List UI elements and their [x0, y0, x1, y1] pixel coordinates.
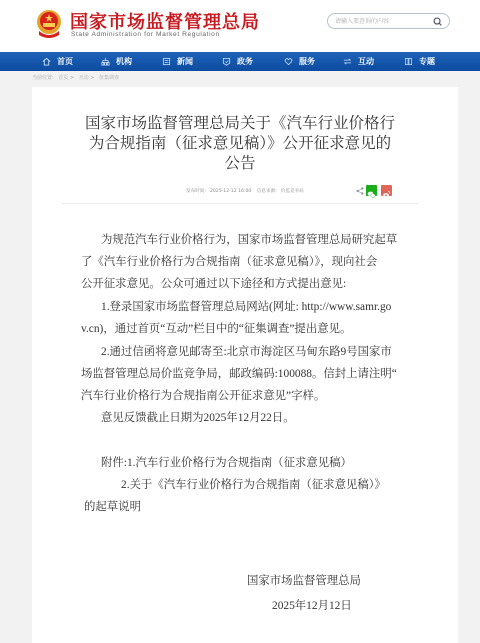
site-subtitle: State Administration for Market Regulati… [71, 31, 220, 38]
nav-label: 互动 [358, 56, 374, 67]
nav-item-news[interactable]: 新闻 [162, 52, 193, 71]
paragraph-line: 汽车行业价格行为合规指南公开征求意见”字样。 [81, 387, 407, 403]
paragraph-line[interactable]: 1.登录国家市场监督管理总局网站(网址: http://www.samr.go [101, 298, 427, 314]
breadcrumb-interaction[interactable]: 互动 > [79, 75, 95, 81]
paragraph-line[interactable]: v.cn)，通过首页“互动”栏目中的“征集调查”提出意见。 [81, 320, 407, 336]
nav-label: 政务 [237, 56, 253, 67]
wechat-share-icon[interactable] [366, 185, 377, 196]
site-header: 国家市场监督管理总局 State Administration for Mark… [0, 0, 480, 52]
org-icon [101, 57, 110, 66]
paragraph-line: 为规范汽车行业价格行为，国家市场监督管理总局研究起草 [101, 231, 427, 247]
search-input[interactable] [335, 16, 430, 27]
attachment-2-cont[interactable]: 的起草说明 [84, 498, 410, 514]
search-box [327, 13, 450, 29]
nav-label: 专题 [419, 56, 435, 67]
source-label: 信息来源: [257, 189, 277, 194]
sign-date: 2025年12月12日 [272, 597, 352, 613]
nav-label: 新闻 [177, 56, 193, 67]
weibo-share-icon[interactable] [381, 185, 392, 196]
article-meta: 发布时间:2025-12-12 16:00 信息来源:价监竞争局 [186, 188, 308, 194]
national-emblem-icon[interactable] [35, 9, 63, 39]
main-nav: 首页 机构 新闻 政务 服务 互动 专题 [0, 52, 480, 71]
source: 价监竞争局 [281, 189, 304, 194]
search-icon[interactable] [433, 17, 442, 26]
nav-item-service[interactable]: 服务 [284, 52, 315, 71]
nav-item-government[interactable]: 政务 [222, 52, 253, 71]
news-icon [162, 57, 171, 66]
nav-label: 首页 [57, 56, 73, 67]
nav-item-org[interactable]: 机构 [101, 52, 132, 71]
nav-label: 服务 [299, 56, 315, 67]
nav-item-home[interactable]: 首页 [42, 52, 73, 71]
paragraph-line: 公开征求意见。公众可通过以下途径和方式提出意见: [81, 275, 407, 291]
meta-divider [62, 203, 418, 204]
article-title: 国家市场监督管理总局关于《汽车行业价格行 为合规指南（征求意见稿）》公开征求意见… [62, 113, 418, 173]
title-line: 公告 [62, 153, 418, 173]
paragraph-line: 了《汽车行业价格行为合规指南（征求意见稿）》，现向社会 [81, 253, 407, 269]
breadcrumb-home[interactable]: 首页 > [58, 75, 74, 81]
signature: 国家市场监督管理总局 [247, 572, 361, 588]
nav-item-interaction[interactable]: 互动 [343, 52, 374, 71]
nav-label: 机构 [116, 56, 132, 67]
attachment-1[interactable]: 附件:1.汽车行业价格行为合规指南（征求意见稿） [101, 454, 427, 470]
paragraph-line: 2.通过信函将意见邮寄至:北京市海淀区马甸东路9号国家市 [101, 343, 427, 359]
government-icon [222, 57, 231, 66]
publish-time: 2025-12-12 16:00 [210, 189, 251, 194]
exchange-icon [343, 57, 352, 66]
breadcrumb: 当前位置: 首页 > 互动 > 征集调查 [32, 74, 122, 81]
title-line: 为合规指南（征求意见稿）》公开征求意见的 [62, 133, 418, 153]
paragraph-line: 场监督管理总局价监竞争局，邮政编码:100088。信封上请注明“ [81, 365, 407, 381]
heart-icon [284, 57, 293, 66]
breadcrumb-survey[interactable]: 征集调查 [99, 75, 119, 81]
deadline-line: 意见反馈截止日期为2025年12月22日。 [101, 409, 427, 425]
title-line: 国家市场监督管理总局关于《汽车行业价格行 [62, 113, 418, 133]
publish-time-label: 发布时间: [186, 189, 206, 194]
breadcrumb-prefix: 当前位置: [32, 75, 54, 81]
attachment-2[interactable]: 2.关于《汽车行业价格行为合规指南（征求意见稿）》 [121, 476, 447, 492]
share-icon[interactable] [356, 187, 364, 195]
topics-icon [404, 57, 413, 66]
nav-item-topics[interactable]: 专题 [404, 52, 435, 71]
home-icon [42, 57, 51, 66]
